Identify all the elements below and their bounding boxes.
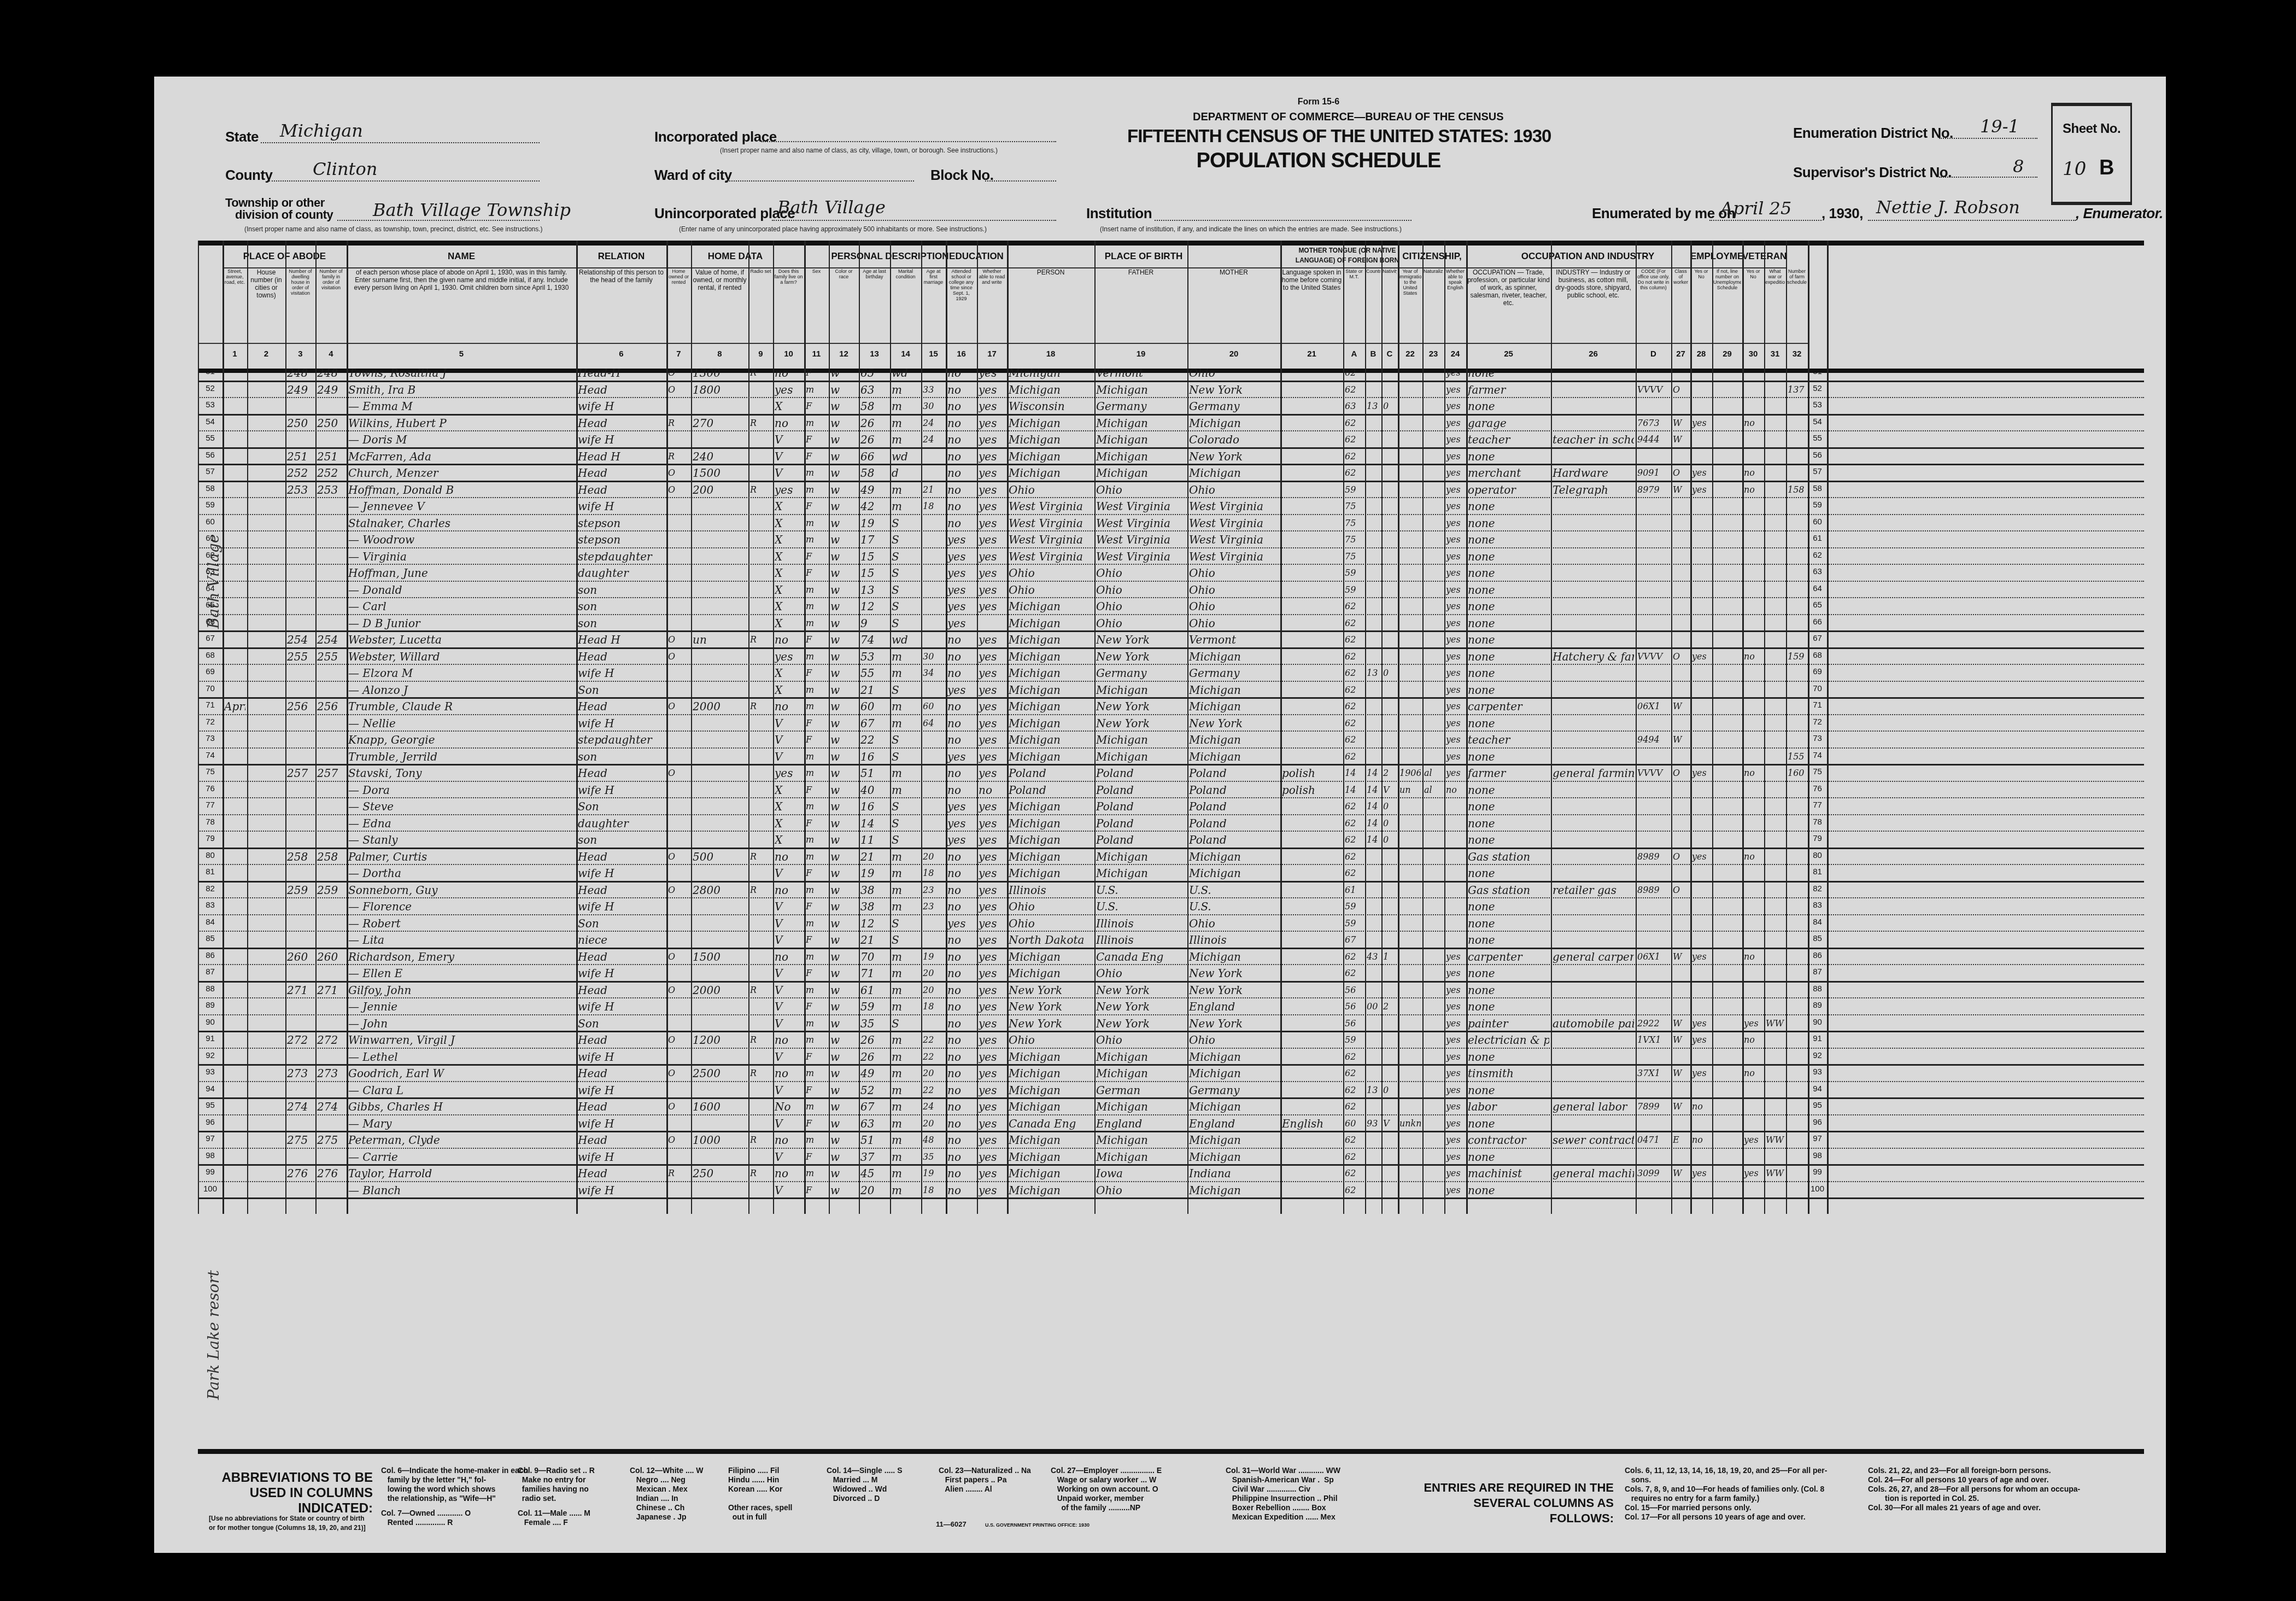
cell-A: 62 <box>1345 381 1363 397</box>
cell-read: yes <box>979 381 1005 397</box>
cell-school: no <box>947 981 975 997</box>
cell-class <box>1673 781 1689 797</box>
cell-farm-sched <box>1788 397 1806 413</box>
line-number-right: 83 <box>1809 897 1825 914</box>
cell-father: Michigan <box>1096 1148 1186 1164</box>
cell-birth: Michigan <box>1009 1048 1093 1064</box>
cell-emp <box>1692 997 1711 1014</box>
cell-street <box>224 731 245 747</box>
cell-war <box>1766 647 1784 664</box>
cell-vet <box>1744 1048 1762 1064</box>
cell-family: 272 <box>317 1031 345 1047</box>
cell-owned: O <box>668 381 689 397</box>
cell-farm: no <box>775 948 803 964</box>
cell-B <box>1367 914 1380 931</box>
cell-industry <box>1553 848 1634 864</box>
cell-marital: m <box>892 1164 919 1181</box>
cell-mother: Michigan <box>1189 747 1279 764</box>
cell-farm-sched <box>1788 1164 1806 1181</box>
cell-mother: Poland <box>1189 781 1279 797</box>
county-line <box>269 180 540 182</box>
cell-owned <box>668 1148 689 1164</box>
cell-school: no <box>947 430 975 447</box>
cell-code <box>1637 1081 1670 1097</box>
table-row: 85— LitanieceVFw21SnoyesNorth DakotaIlli… <box>198 931 2144 949</box>
cell-marital: S <box>892 914 919 931</box>
cell-A: 62 <box>1345 797 1363 814</box>
line-number: 94 <box>200 1081 221 1097</box>
cell-father: Michigan <box>1096 464 1186 480</box>
cell-house <box>249 981 284 997</box>
cell-relation: Head <box>578 881 665 897</box>
cell-read: yes <box>979 564 1005 580</box>
cell-B <box>1367 597 1380 613</box>
cell-relation: daughter <box>578 814 665 831</box>
cell-dwelling: 260 <box>287 948 314 964</box>
cell-code <box>1637 497 1670 513</box>
cell-family <box>317 964 345 980</box>
cell-dwelling <box>287 1048 314 1064</box>
cell-father: Ohio <box>1096 964 1186 980</box>
cell-radio <box>750 497 771 513</box>
cell-name: — Nellie <box>348 714 575 731</box>
cell-age-marr <box>923 564 944 580</box>
cell-industry: Hatchery & farm <box>1553 647 1634 664</box>
cell-dwelling: 276 <box>287 1164 314 1181</box>
table-row: 74Trumble, JerrildsonVmw16SyesyesMichiga… <box>198 747 2144 766</box>
cell-vet: no <box>1744 1031 1762 1047</box>
cell-read: yes <box>979 881 1005 897</box>
cell-read: yes <box>979 981 1005 997</box>
table-row: 57252252Church, MenzerHeadO1500Vmw58dnoy… <box>198 464 2144 482</box>
cell-school: no <box>947 1148 975 1164</box>
cell-class: E <box>1673 1131 1689 1147</box>
cell-vet <box>1744 831 1762 847</box>
cell-code: 7673 <box>1637 414 1670 430</box>
cell-read: yes <box>979 731 1005 747</box>
cell-C <box>1383 914 1396 931</box>
cell-war <box>1766 1081 1784 1097</box>
table-row: 65— CarlsonXmw12SyesyesMichiganOhioOhio6… <box>198 597 2144 615</box>
cell-industry: teacher in school <box>1553 430 1634 447</box>
cell-immig <box>1399 714 1421 731</box>
cell-class: O <box>1673 464 1689 480</box>
cell-immig <box>1399 447 1421 464</box>
cell-industry: retailer gas <box>1553 881 1634 897</box>
cell-farm-sched <box>1788 547 1806 564</box>
cell-house <box>249 497 284 513</box>
column-rule <box>1636 241 1637 1214</box>
table-row: 91272272Winwarren, Virgil JHeadO1200Rnom… <box>198 1031 2144 1049</box>
cell-lang <box>1282 681 1342 697</box>
cell-house <box>249 397 284 413</box>
cell-C <box>1383 464 1396 480</box>
cell-house <box>249 814 284 831</box>
cell-read: yes <box>979 1148 1005 1164</box>
cell-C <box>1383 547 1396 564</box>
cell-relation: wife H <box>578 397 665 413</box>
cell-marital: m <box>892 1097 919 1114</box>
column-rule <box>890 241 891 1214</box>
cell-marital: S <box>892 747 919 764</box>
cell-vet <box>1744 447 1762 464</box>
cell-age-marr <box>923 797 944 814</box>
cell-industry <box>1553 1031 1634 1047</box>
cell-age-marr: 64 <box>923 714 944 731</box>
cell-C <box>1383 414 1396 430</box>
cell-name: Towns, Rosaltha J <box>348 364 575 380</box>
table-row: 77— SteveSonXmw16SyesyesMichiganPolandPo… <box>198 797 2144 815</box>
column-group-header: RELATION <box>576 246 666 268</box>
cell-code <box>1637 530 1670 547</box>
cell-age: 20 <box>860 1181 888 1197</box>
cell-value <box>693 614 747 630</box>
cell-lang: polish <box>1282 764 1342 780</box>
cell-occupation: labor <box>1468 1097 1549 1114</box>
table-row: 71April 25256256Trumble, Claude RHeadO20… <box>198 697 2144 715</box>
cell-age: 9 <box>860 614 888 630</box>
column-header: Year of immigration to the United States <box>1399 268 1421 340</box>
cell-birth: Michigan <box>1009 614 1093 630</box>
cell-relation: Head <box>578 464 665 480</box>
line-number: 93 <box>200 1064 221 1080</box>
cell-father: Poland <box>1096 831 1186 847</box>
cell-read: yes <box>979 814 1005 831</box>
cell-age-marr: 30 <box>923 647 944 664</box>
line-number: 61 <box>200 530 221 547</box>
table-row: 51248248Towns, Rosaltha JHead-HO1300RnoF… <box>198 364 2144 382</box>
cell-house <box>249 1181 284 1197</box>
cell-war <box>1766 1048 1784 1064</box>
column-number: 3 <box>285 343 315 365</box>
cell-father: Poland <box>1096 781 1186 797</box>
cell-war <box>1766 1031 1784 1047</box>
cell-race: w <box>830 1097 857 1114</box>
cell-mother: Ohio <box>1189 364 1279 380</box>
column-number: 28 <box>1690 343 1712 365</box>
cell-B: 14 <box>1367 781 1380 797</box>
cell-mother: Poland <box>1189 797 1279 814</box>
cell-mother: New York <box>1189 714 1279 731</box>
cell-age: 15 <box>860 547 888 564</box>
cell-family <box>317 547 345 564</box>
cell-relation: son <box>578 831 665 847</box>
cell-age-marr: 21 <box>923 481 944 497</box>
cell-school: yes <box>947 914 975 931</box>
cell-value <box>693 1114 747 1131</box>
cell-school: yes <box>947 614 975 630</box>
cell-farm-sched <box>1788 1064 1806 1080</box>
block-line <box>985 180 1056 182</box>
cell-industry <box>1553 731 1634 747</box>
cell-war <box>1766 530 1784 547</box>
cell-emp <box>1692 747 1711 764</box>
cell-marital: S <box>892 581 919 597</box>
cell-C <box>1383 564 1396 580</box>
cell-name: — Donald <box>348 581 575 597</box>
cell-B <box>1367 381 1380 397</box>
cell-immig <box>1399 430 1421 447</box>
cell-street <box>224 914 245 931</box>
cell-immig <box>1399 1048 1421 1064</box>
cell-marital: m <box>892 497 919 513</box>
township-label-2: division of county <box>235 208 333 222</box>
cell-age: 67 <box>860 714 888 731</box>
cell-occupation: contractor <box>1468 1131 1549 1147</box>
cell-sex: F <box>806 397 827 413</box>
cell-english: yes <box>1446 381 1465 397</box>
cell-owned: O <box>668 647 689 664</box>
cell-immig <box>1399 547 1421 564</box>
cell-owned <box>668 430 689 447</box>
cell-C <box>1383 881 1396 897</box>
cell-lang <box>1282 1164 1342 1181</box>
cell-emp <box>1692 864 1711 880</box>
column-rule <box>666 241 668 1214</box>
cell-birth: Ohio <box>1009 1031 1093 1047</box>
line-number-right: 88 <box>1809 981 1825 997</box>
cell-father: New York <box>1096 997 1186 1014</box>
cell-english: yes <box>1446 1131 1465 1147</box>
column-rule <box>347 241 348 1214</box>
cell-vet: no <box>1744 464 1762 480</box>
cell-owned: R <box>668 414 689 430</box>
column-rule <box>1444 241 1445 1214</box>
cell-marital: m <box>892 664 919 680</box>
cell-radio <box>750 781 771 797</box>
cell-owned: O <box>668 981 689 997</box>
cell-read: yes <box>979 931 1005 947</box>
cell-natur <box>1424 547 1443 564</box>
cell-B <box>1367 481 1380 497</box>
cell-age-marr <box>923 781 944 797</box>
cell-owned: O <box>668 1064 689 1080</box>
abbrev-col12: Col. 12—White .... W Negro .... Neg Mexi… <box>630 1466 704 1522</box>
cell-mother: Michigan <box>1189 864 1279 880</box>
cell-relation: Son <box>578 914 665 931</box>
cell-age: 71 <box>860 964 888 980</box>
cell-age-marr: 24 <box>923 1097 944 1114</box>
cell-class <box>1673 714 1689 731</box>
cell-age-marr <box>923 464 944 480</box>
cell-marital: m <box>892 397 919 413</box>
cell-house <box>249 1064 284 1080</box>
cell-father: Michigan <box>1096 747 1186 764</box>
cell-industry: general machinist <box>1553 1164 1634 1181</box>
column-number: 15 <box>921 343 946 365</box>
line-number: 77 <box>200 797 221 814</box>
cell-english: yes <box>1446 564 1465 580</box>
cell-farm: V <box>775 981 803 997</box>
table-row: 86260260Richardson, EmeryHeadO1500nomw70… <box>198 948 2144 966</box>
cell-farm: yes <box>775 481 803 497</box>
cell-name: — Mary <box>348 1114 575 1131</box>
column-header: If not, line number on Unemployment Sche… <box>1713 268 1741 340</box>
table-row: 100— Blanchwife HVFw20m18noyesMichiganOh… <box>198 1181 2144 1200</box>
column-header: MOTHER <box>1188 268 1279 340</box>
abbrev-col11: Col. 11—Male ...... M Female .... F <box>518 1509 590 1527</box>
cell-owned: R <box>668 1164 689 1181</box>
cell-farm: V <box>775 714 803 731</box>
cell-birth: Ohio <box>1009 581 1093 597</box>
table-row: 73Knapp, GeorgiestepdaughterVFw22SnoyesM… <box>198 731 2144 749</box>
cell-read: yes <box>979 1181 1005 1197</box>
cell-read: yes <box>979 514 1005 530</box>
cell-class <box>1673 614 1689 630</box>
column-rule <box>1422 241 1424 1214</box>
cell-unemp <box>1714 697 1741 714</box>
cell-A: 59 <box>1345 481 1363 497</box>
cell-immig <box>1399 464 1421 480</box>
cell-father: West Virginia <box>1096 530 1186 547</box>
column-number: 27 <box>1671 343 1690 365</box>
cell-father: Ohio <box>1096 481 1186 497</box>
cell-family <box>317 497 345 513</box>
cell-occupation: none <box>1468 914 1549 931</box>
cell-class: W <box>1673 1064 1689 1080</box>
cell-relation: son <box>578 747 665 764</box>
cell-farm-sched: 158 <box>1788 481 1806 497</box>
cell-dwelling <box>287 1148 314 1164</box>
cell-vet <box>1744 881 1762 897</box>
table-row: 54250250Wilkins, Hubert PHeadR270Rnomw26… <box>198 414 2144 432</box>
institution-line <box>1155 220 1411 221</box>
column-number: 7 <box>666 343 691 365</box>
cell-sex: F <box>806 997 827 1014</box>
cell-relation: Head <box>578 414 665 430</box>
cell-class <box>1673 981 1689 997</box>
cell-school: yes <box>947 581 975 597</box>
cell-B: 13 <box>1367 1081 1380 1097</box>
cell-age: 12 <box>860 597 888 613</box>
cell-emp <box>1692 731 1711 747</box>
cell-natur <box>1424 1081 1443 1097</box>
cell-house <box>249 464 284 480</box>
cell-value <box>693 564 747 580</box>
cell-class: O <box>1673 381 1689 397</box>
cell-war <box>1766 931 1784 947</box>
cell-family <box>317 1181 345 1197</box>
cell-natur <box>1424 1014 1443 1031</box>
line-number-right: 93 <box>1809 1064 1825 1080</box>
cell-unemp <box>1714 497 1741 513</box>
cell-emp <box>1692 914 1711 931</box>
cell-sex: m <box>806 581 827 597</box>
column-number: 24 <box>1444 343 1466 365</box>
column-rule <box>748 241 749 1214</box>
cell-lang <box>1282 914 1342 931</box>
cell-A: 62 <box>1345 731 1363 747</box>
cell-B <box>1367 1131 1380 1147</box>
cell-read: yes <box>979 1064 1005 1080</box>
cell-father: Poland <box>1096 797 1186 814</box>
cell-street <box>224 364 245 380</box>
cell-farm-sched <box>1788 681 1806 697</box>
cell-race: w <box>830 764 857 780</box>
line-number-right: 84 <box>1809 914 1825 931</box>
cell-mother: New York <box>1189 981 1279 997</box>
cell-name: — Virginia <box>348 547 575 564</box>
cell-school: no <box>947 964 975 980</box>
cell-A: 62 <box>1345 414 1363 430</box>
cell-age-marr <box>923 364 944 380</box>
table-row: 68255255Webster, WillardHeadOyesmw53m30n… <box>198 647 2144 665</box>
cell-industry <box>1553 781 1634 797</box>
cell-B: 93 <box>1367 1114 1380 1131</box>
cell-emp: yes <box>1692 764 1711 780</box>
cell-age-marr: 34 <box>923 664 944 680</box>
column-number: 11 <box>804 343 829 365</box>
cell-farm: V <box>775 1081 803 1097</box>
cell-vet <box>1744 1114 1762 1131</box>
cell-B <box>1367 614 1380 630</box>
cell-read: yes <box>979 697 1005 714</box>
cell-relation: Head <box>578 481 665 497</box>
cell-lang <box>1282 1148 1342 1164</box>
township-note: (Insert proper name and also name of cla… <box>244 225 543 233</box>
cell-family: 260 <box>317 948 345 964</box>
cell-race: w <box>830 981 857 997</box>
cell-school: no <box>947 764 975 780</box>
cell-class <box>1673 664 1689 680</box>
cell-natur <box>1424 1131 1443 1147</box>
cell-class: W <box>1673 1097 1689 1114</box>
cell-mother: Ohio <box>1189 1031 1279 1047</box>
cell-natur <box>1424 481 1443 497</box>
cell-vet <box>1744 397 1762 413</box>
cell-unemp <box>1714 897 1741 914</box>
cell-emp <box>1692 664 1711 680</box>
cell-age-marr <box>923 1014 944 1031</box>
cell-class <box>1673 914 1689 931</box>
cell-birth: Michigan <box>1009 447 1093 464</box>
cell-unemp <box>1714 1148 1741 1164</box>
census-title: FIFTEENTH CENSUS OF THE UNITED STATES: 1… <box>1127 126 1510 147</box>
cell-owned: O <box>668 764 689 780</box>
cell-english: yes <box>1446 1064 1465 1080</box>
cell-age: 26 <box>860 414 888 430</box>
cell-farm: V <box>775 914 803 931</box>
cell-dwelling <box>287 1081 314 1097</box>
cell-code: 8989 <box>1637 848 1670 864</box>
cell-natur <box>1424 697 1443 714</box>
cell-industry <box>1553 614 1634 630</box>
cell-father: Vermont <box>1096 364 1186 380</box>
cell-english: yes <box>1446 547 1465 564</box>
cell-owned: O <box>668 848 689 864</box>
cell-C <box>1383 931 1396 947</box>
cell-birth: Michigan <box>1009 664 1093 680</box>
cell-natur <box>1424 447 1443 464</box>
column-rule <box>315 241 317 1214</box>
cell-farm: V <box>775 747 803 764</box>
cell-C <box>1383 514 1396 530</box>
cell-unemp <box>1714 1131 1741 1147</box>
cell-father: Michigan <box>1096 1097 1186 1114</box>
cell-C <box>1383 681 1396 697</box>
cell-sex: m <box>806 1097 827 1114</box>
cell-house <box>249 714 284 731</box>
cell-family <box>317 914 345 931</box>
cell-natur <box>1424 948 1443 964</box>
cell-immig <box>1399 864 1421 880</box>
cell-father: Germany <box>1096 397 1186 413</box>
line-number-right: 79 <box>1809 831 1825 847</box>
cell-marital: m <box>892 414 919 430</box>
column-header: CODE (For office use only. Do not write … <box>1637 268 1670 340</box>
cell-unemp <box>1714 647 1741 664</box>
cell-natur <box>1424 414 1443 430</box>
